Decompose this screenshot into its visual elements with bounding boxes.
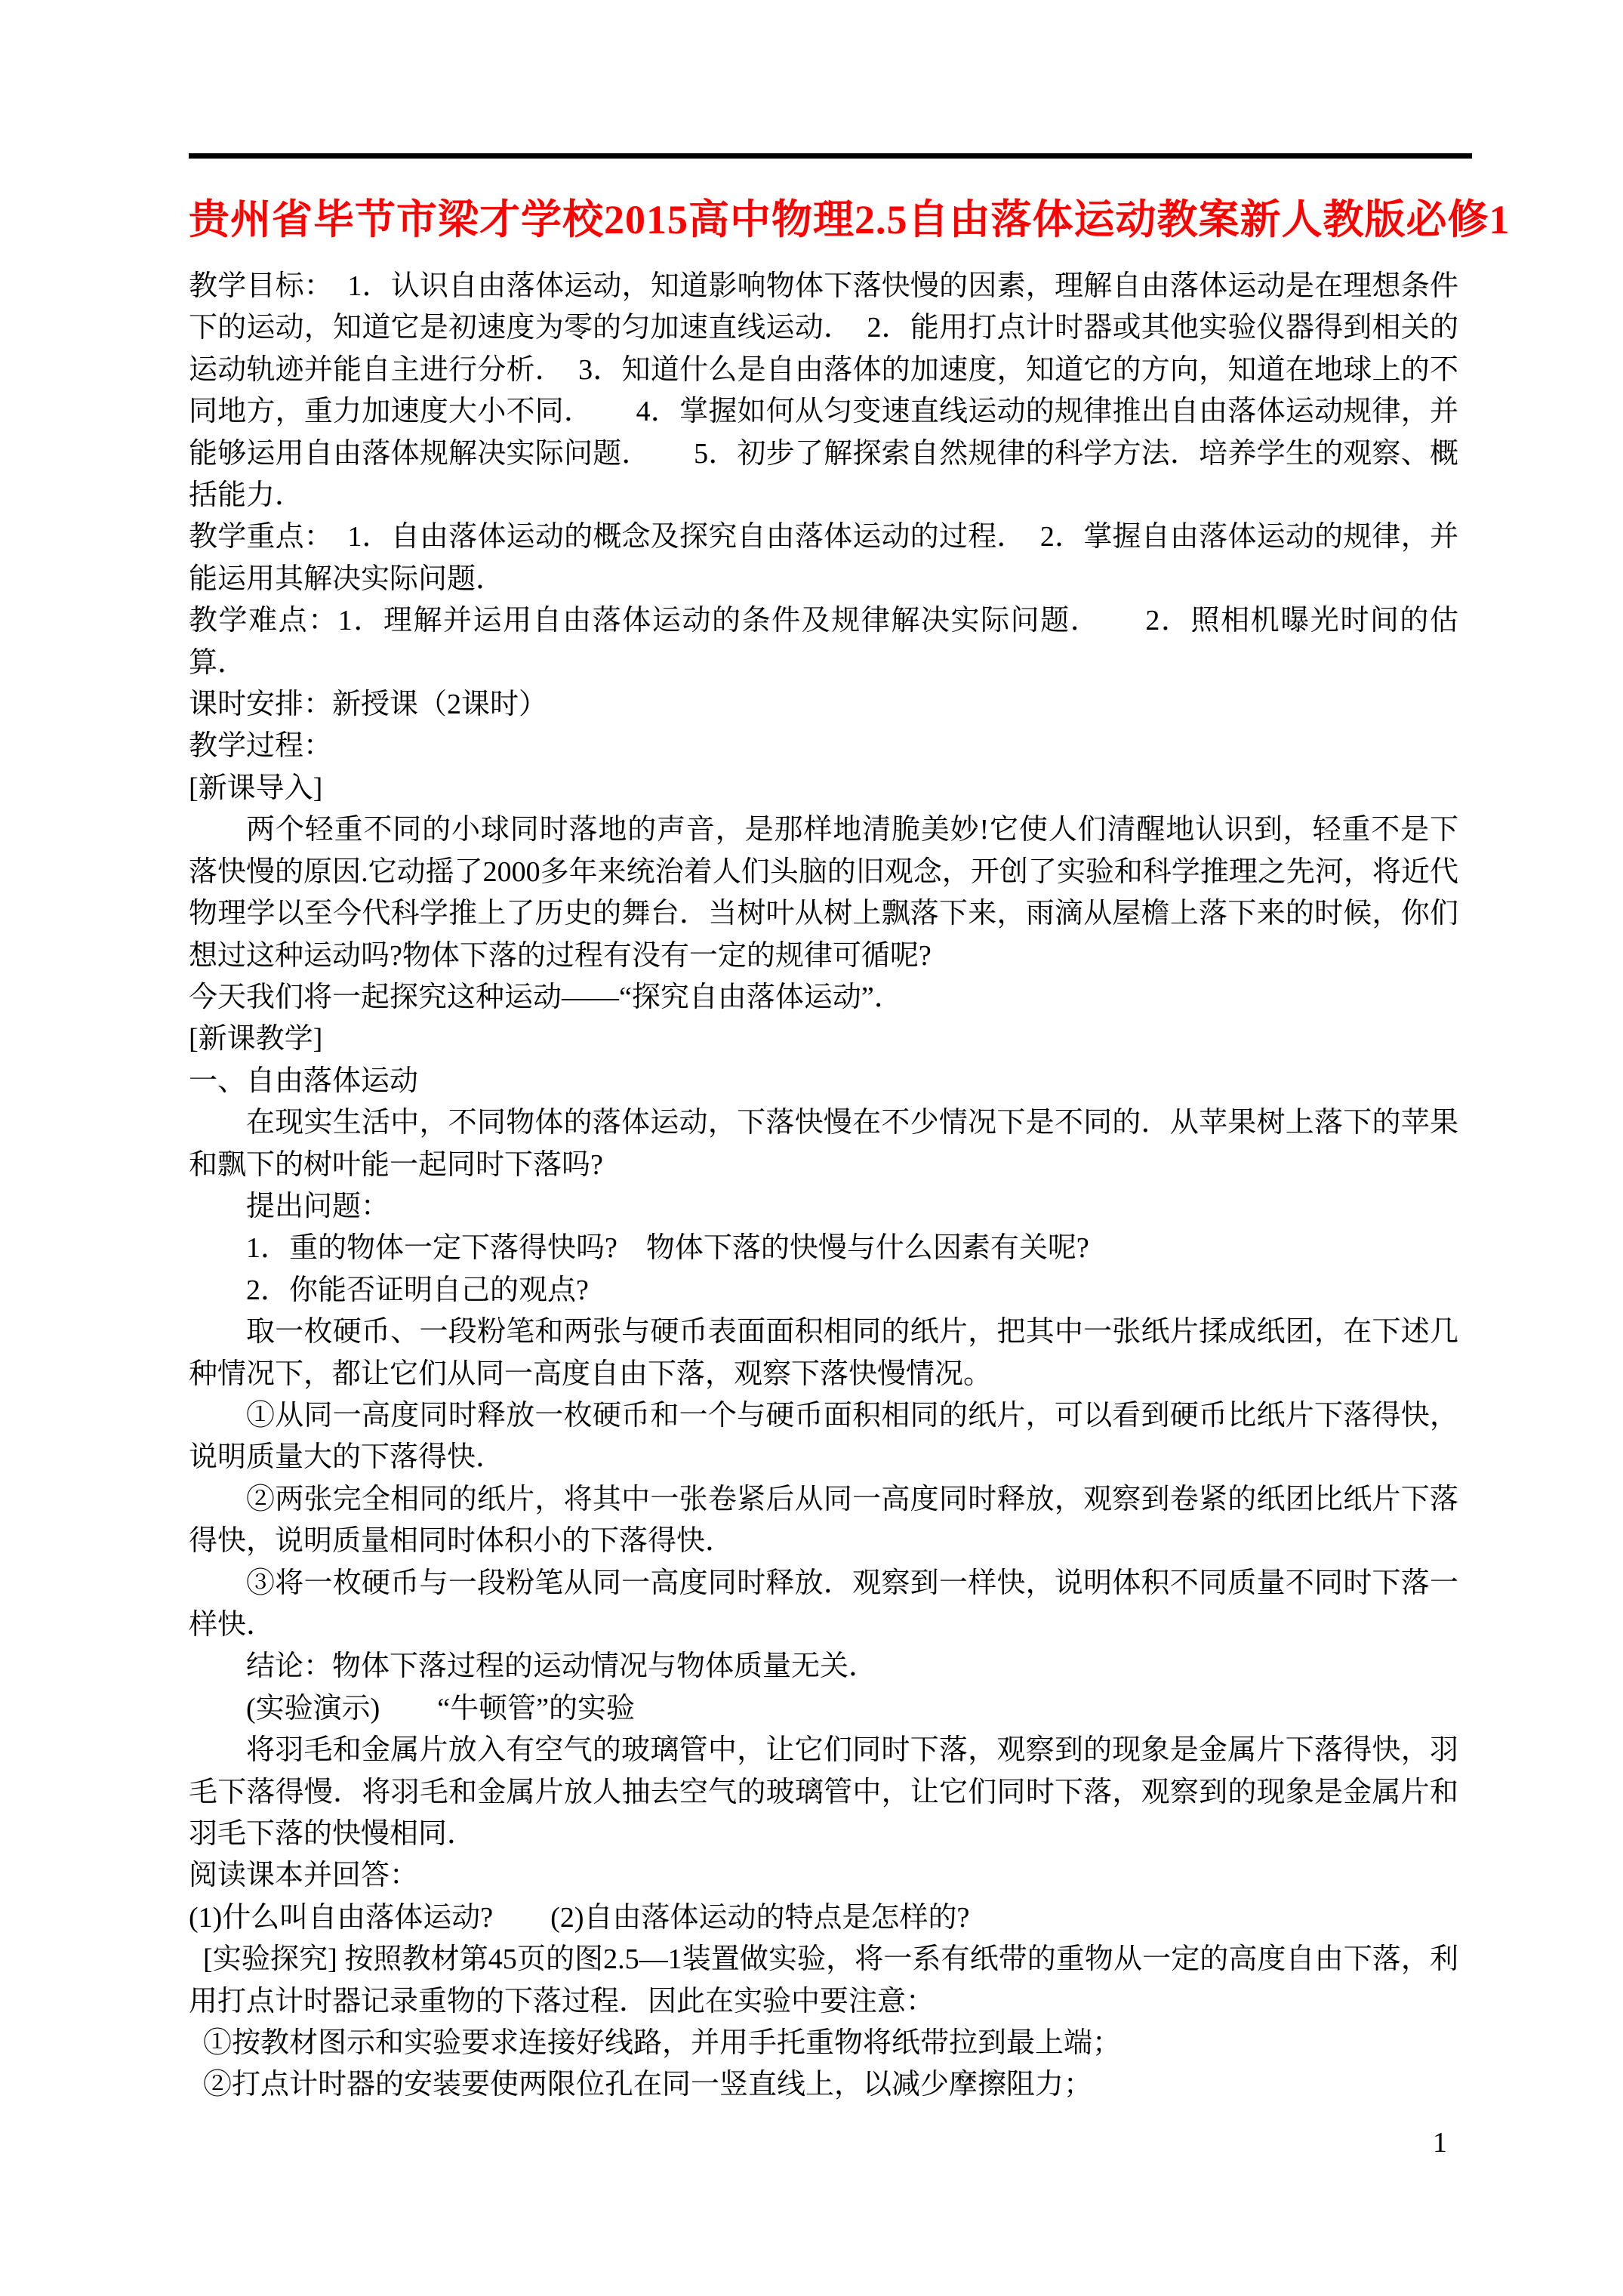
paragraph: 提出问题： bbox=[189, 1186, 1458, 1228]
paragraph: 阅读课本并回答： bbox=[189, 1855, 1458, 1897]
paragraph: 教学目标： 1．认识自由落体运动，知道影响物体下落快慢的因素，理解自由落体运动是… bbox=[189, 266, 1458, 516]
paragraph: 将羽毛和金属片放入有空气的玻璃管中，让它们同时下落，观察到的现象是金属片下落得快… bbox=[189, 1730, 1458, 1855]
paragraph: 取一枚硬币、一段粉笔和两张与硬币表面面积相同的纸片，把其中一张纸片揉成纸团，在下… bbox=[189, 1311, 1458, 1395]
paragraph: 教学重点： 1．自由落体运动的概念及探究自由落体运动的过程． 2．掌握自由落体运… bbox=[189, 516, 1458, 600]
page-number: 1 bbox=[1433, 2128, 1447, 2158]
paragraph: 今天我们将一起探究这种运动——“探究自由落体运动”． bbox=[189, 977, 1458, 1019]
paragraph: (实验演示) “牛顿管”的实验 bbox=[189, 1688, 1458, 1730]
paragraph: [新课导入] bbox=[189, 768, 1458, 809]
paragraph: 教学过程： bbox=[189, 726, 1458, 767]
paragraph: 2．你能否证明自己的观点? bbox=[189, 1270, 1458, 1311]
document-page: 贵州省毕节市梁才学校2015高中物理2.5自由落体运动教案新人教版必修1 教学目… bbox=[0, 0, 1623, 2296]
paragraph: (1)什么叫自由落体运动? (2)自由落体运动的特点是怎样的? bbox=[189, 1897, 1458, 1939]
document-body: 教学目标： 1．认识自由落体运动，知道影响物体下落快慢的因素，理解自由落体运动是… bbox=[189, 266, 1458, 2106]
paragraph: 课时安排：新授课（2课时） bbox=[189, 684, 1458, 726]
paragraph: 两个轻重不同的小球同时落地的声音，是那样地清脆美妙!它使人们清醒地认识到，轻重不… bbox=[189, 809, 1458, 977]
paragraph: ③将一枚硬币与一段粉笔从同一高度同时释放．观察到一样快，说明体积不同质量不同时下… bbox=[189, 1563, 1458, 1647]
paragraph: 一、自由落体运动 bbox=[189, 1061, 1458, 1102]
paragraph: ①按教材图示和实验要求连接好线路，并用手托重物将纸带拉到最上端； bbox=[189, 2023, 1458, 2064]
header-rule bbox=[189, 153, 1472, 159]
document-title: 贵州省毕节市梁才学校2015高中物理2.5自由落体运动教案新人教版必修1 bbox=[189, 193, 1457, 247]
paragraph: 教学难点：1．理解并运用自由落体运动的条件及规律解决实际问题． 2．照相机曝光时… bbox=[189, 600, 1458, 684]
paragraph: [实验探究] 按照教材第45页的图2.5—1装置做实验，将一系有纸带的重物从一定… bbox=[189, 1939, 1458, 2023]
paragraph: ②打点计时器的安装要使两限位孔在同一竖直线上，以减少摩擦阻力； bbox=[189, 2064, 1458, 2106]
paragraph: 在现实生活中，不同物体的落体运动，下落快慢在不少情况下是不同的．从苹果树上落下的… bbox=[189, 1102, 1458, 1186]
paragraph: 1．重的物体一定下落得快吗? 物体下落的快慢与什么因素有关呢? bbox=[189, 1228, 1458, 1269]
paragraph: ②两张完全相同的纸片，将其中一张卷紧后从同一高度同时释放，观察到卷紧的纸团比纸片… bbox=[189, 1479, 1458, 1563]
paragraph: 结论：物体下落过程的运动情况与物体质量无关． bbox=[189, 1646, 1458, 1687]
paragraph: [新课教学] bbox=[189, 1019, 1458, 1060]
paragraph: ①从同一高度同时释放一枚硬币和一个与硬币面积相同的纸片，可以看到硬币比纸片下落得… bbox=[189, 1395, 1458, 1479]
